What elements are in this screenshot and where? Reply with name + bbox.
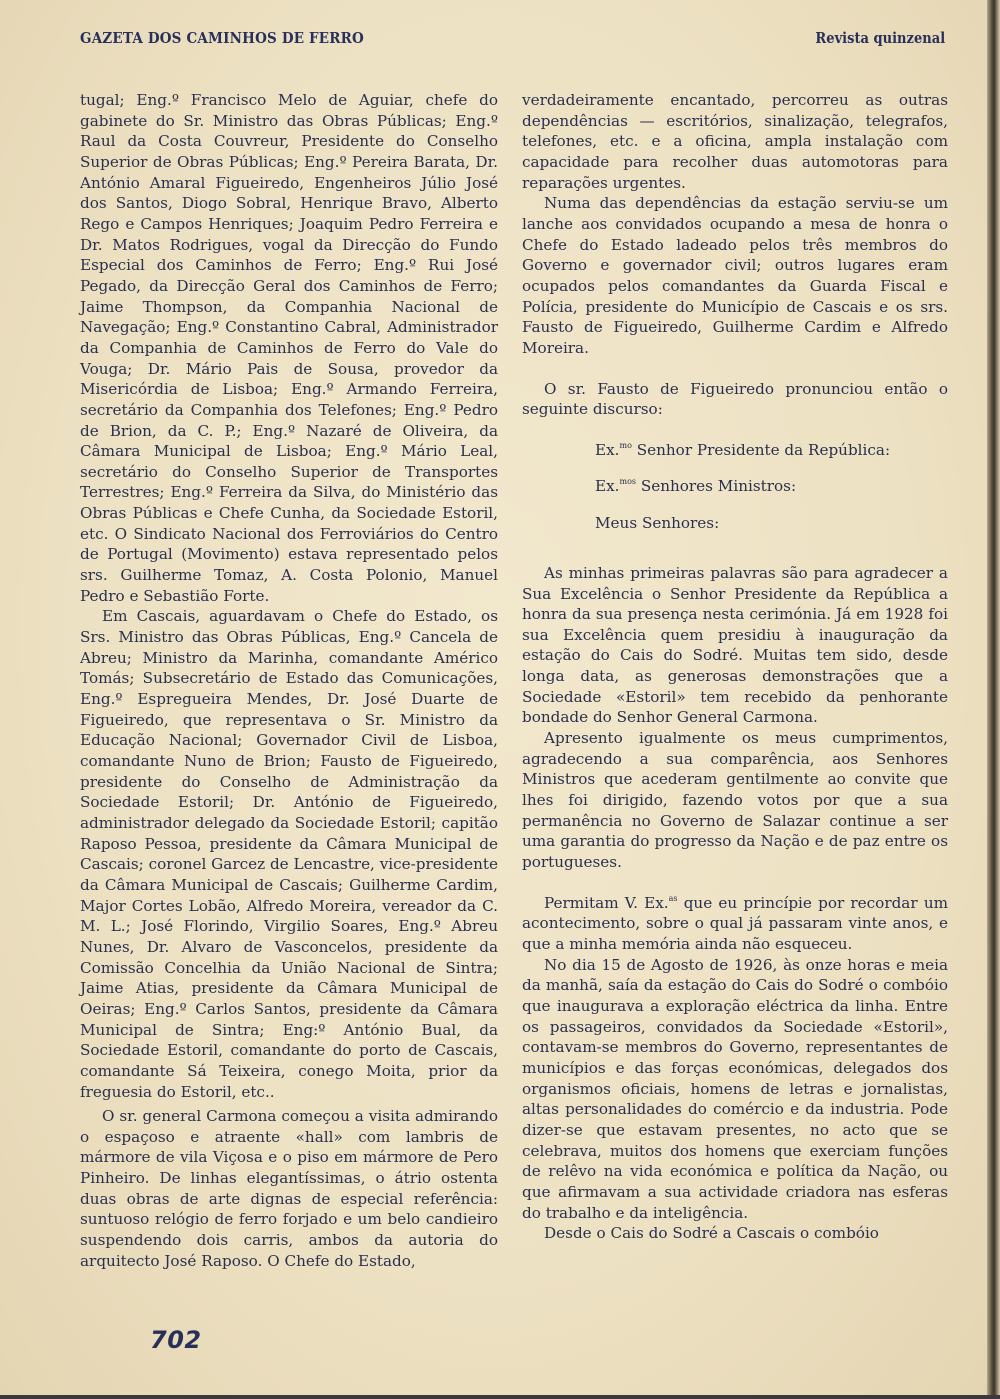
salutation-president: Ex.mo Senhor Presidente da República:	[595, 440, 948, 460]
paragraph-visit-hall: O sr. general Carmona começou a visita a…	[80, 1106, 498, 1271]
paragraph-speech-continued: Desde o Cais do Sodré a Cascais o combói…	[522, 1223, 948, 1244]
paragraph-lunch: Numa das dependências da estação serviu-…	[522, 193, 948, 358]
magazine-page: GAZETA DOS CAMINHOS DE FERRO Revista qui…	[0, 0, 987, 1399]
paragraph-cascais-reception: Em Cascais, aguardavam o Chefe do Estado…	[80, 606, 498, 1102]
paragraph-speech-ministers: Apresento igualmente os meus cumprimento…	[522, 728, 948, 873]
paragraph-speech-thanks: As minhas primeiras palavras são para ag…	[522, 563, 948, 728]
salutation-gentlemen: Meus Senhores:	[595, 513, 948, 533]
paragraph-speech-intro: O sr. Fausto de Figueiredo pronunciou en…	[522, 379, 948, 420]
paragraph-speech-1926: No dia 15 de Agosto de 1926, às onze hor…	[522, 955, 948, 1224]
right-column: verdadeiramente encantado, percorreu as …	[522, 90, 948, 1244]
salutation-ministers: Ex.mos Senhores Ministros:	[595, 476, 948, 496]
page-number: 702	[150, 1326, 202, 1354]
paragraph-speech-recall: Permitam V. Ex.as que eu princípie por r…	[522, 893, 948, 955]
paragraph-guest-list: tugal; Eng.º Francisco Melo de Aguiar, c…	[80, 90, 498, 606]
page-binding-edge	[987, 0, 1000, 1399]
paragraph-dependencies: verdadeiramente encantado, percorreu as …	[522, 90, 948, 193]
publication-title: GAZETA DOS CAMINHOS DE FERRO	[80, 30, 364, 47]
page-bottom-edge	[0, 1395, 1000, 1399]
left-column: tugal; Eng.º Francisco Melo de Aguiar, c…	[80, 90, 498, 1271]
publication-subtitle: Revista quinzenal	[815, 30, 945, 47]
